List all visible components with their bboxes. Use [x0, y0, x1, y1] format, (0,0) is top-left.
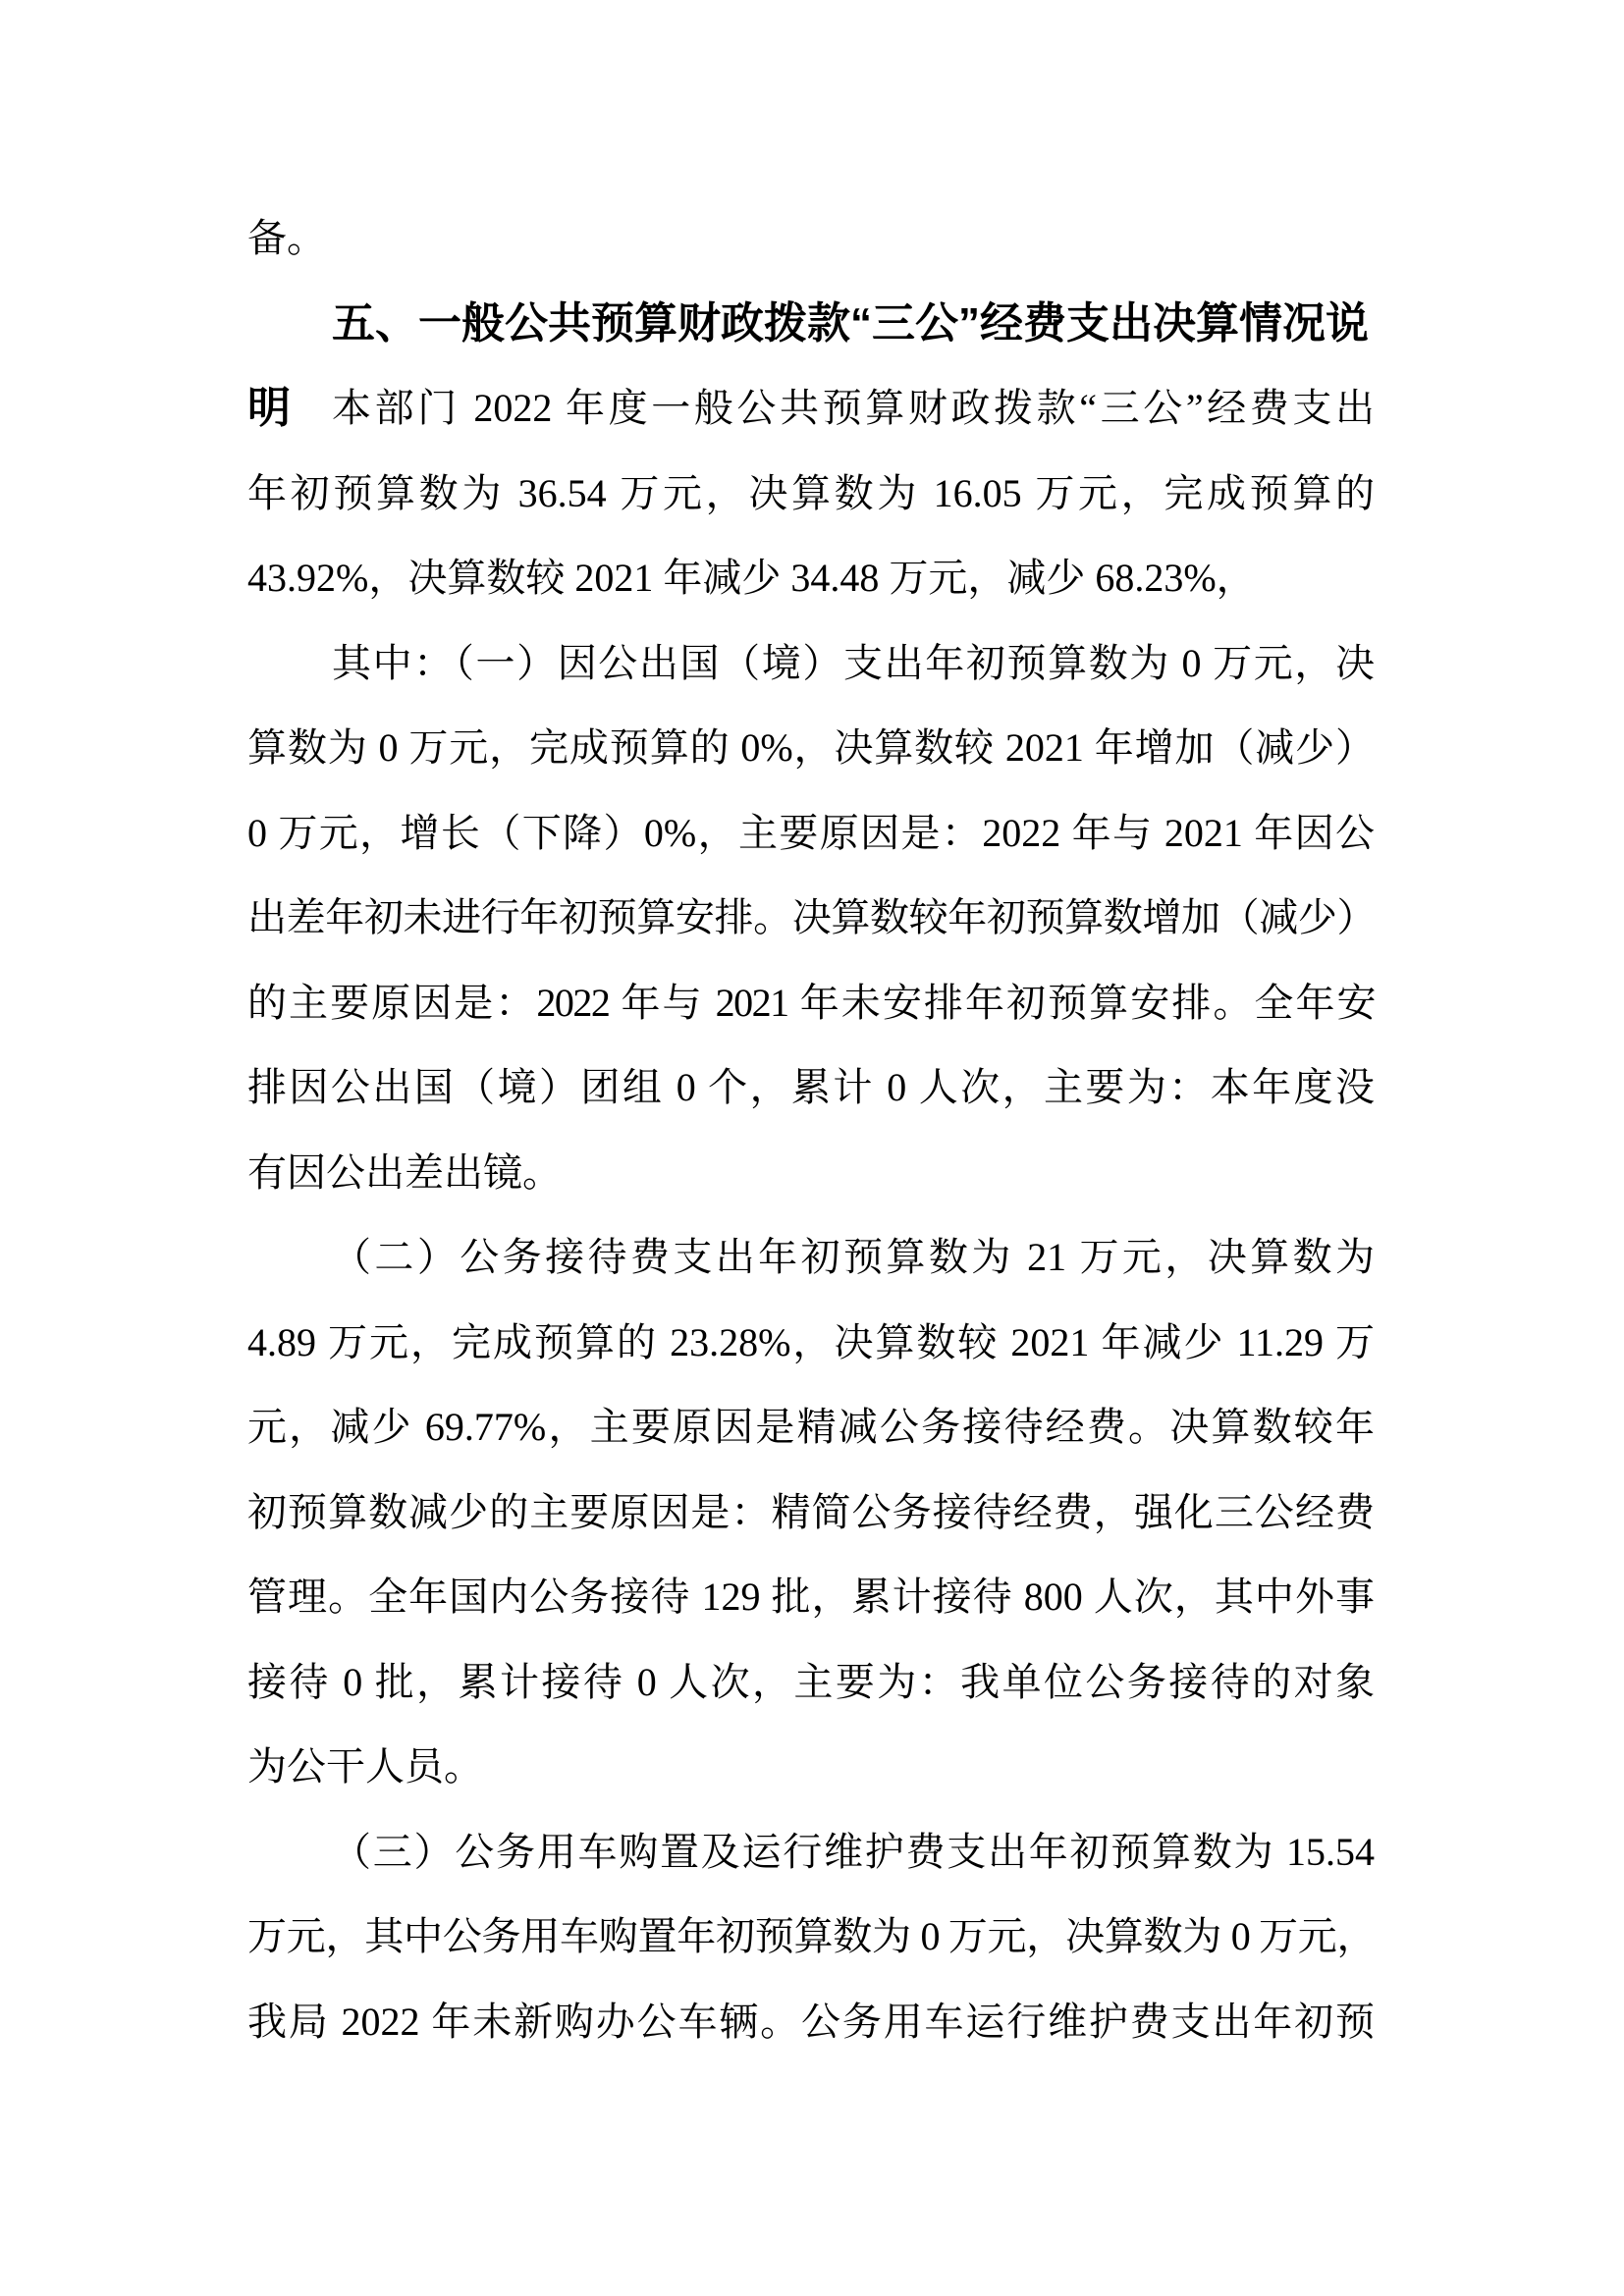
- doc-line: 0 万元，增长（下降）0%，主要原因是：2022 年与 2021 年因公: [247, 791, 1375, 877]
- document-page: 备。 五、一般公共预算财政拨款“三公”经费支出决算情况说明 本部门 2022 年…: [0, 0, 1624, 2296]
- doc-line: （三）公务用车购置及运行维护费支出年初预算数为 15.54: [247, 1810, 1375, 1896]
- doc-line: 为公干人员。: [247, 1725, 1375, 1810]
- section-heading: 五、一般公共预算财政拨款“三公”经费支出决算情况说明: [247, 282, 1375, 367]
- doc-line: 万元，其中公务用车购置年初预算数为 0 万元，决算数为 0 万元，: [247, 1895, 1375, 1980]
- doc-line: 本部门 2022 年度一般公共预算财政拨款“三公”经费支出: [247, 366, 1375, 452]
- doc-line: 43.92%，决算数较 2021 年减少 34.48 万元，减少 68.23%，: [247, 536, 1375, 621]
- doc-line: 出差年初未进行年初预算安排。决算数较年初预算数增加（减少）: [247, 876, 1375, 961]
- doc-line: 初预算数减少的主要原因是：精简公务接待经费，强化三公经费: [247, 1470, 1375, 1556]
- doc-line: 其中：（一）因公出国（境）支出年初预算数为 0 万元，决: [247, 621, 1375, 707]
- doc-line: 4.89 万元，完成预算的 23.28%，决算数较 2021 年减少 11.29…: [247, 1301, 1375, 1386]
- doc-line: 接待 0 批，累计接待 0 人次，主要为：我单位公务接待的对象: [247, 1640, 1375, 1726]
- doc-line: 的主要原因是：2022 年与 2021 年未安排年初预算安排。全年安: [247, 961, 1375, 1046]
- doc-line: 排因公出国（境）团组 0 个，累计 0 人次，主要为：本年度没: [247, 1045, 1375, 1131]
- text-block: 备。 五、一般公共预算财政拨款“三公”经费支出决算情况说明 本部门 2022 年…: [247, 196, 1375, 2064]
- doc-line: 管理。全年国内公务接待 129 批，累计接待 800 人次，其中外事: [247, 1555, 1375, 1640]
- doc-line: 算数为 0 万元，完成预算的 0%，决算数较 2021 年增加（减少）: [247, 706, 1375, 791]
- doc-line: 年初预算数为 36.54 万元，决算数为 16.05 万元，完成预算的: [247, 452, 1375, 537]
- doc-line: 元，减少 69.77%，主要原因是精减公务接待经费。决算数较年: [247, 1385, 1375, 1470]
- doc-line: （二）公务接待费支出年初预算数为 21 万元，决算数为: [247, 1215, 1375, 1301]
- doc-line: 有因公出差出镜。: [247, 1131, 1375, 1216]
- doc-line: 我局 2022 年未新购办公车辆。公务用车运行维护费支出年初预: [247, 1980, 1375, 2065]
- doc-line: 备。: [247, 196, 1375, 282]
